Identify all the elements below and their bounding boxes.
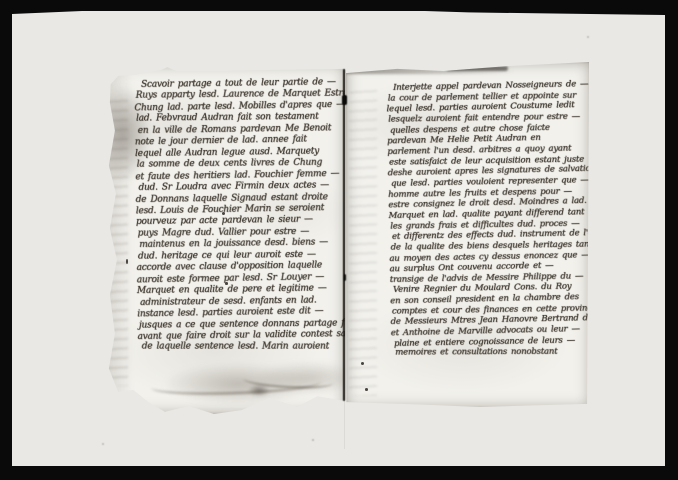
- handwriting-line: memoires et consultations nonobstant: [395, 347, 594, 359]
- handwritten-text-block: Scavoir partage a tout de leur partie de…: [134, 77, 346, 355]
- ink-bleedthrough: [349, 84, 377, 396]
- handwritten-text-block: Interjette appel pardevan Nosseigneurs d…: [386, 79, 590, 360]
- ink-speck: [126, 259, 128, 264]
- dark-stain-blob: [245, 383, 273, 398]
- dust-speck: [312, 439, 314, 441]
- manuscript-left-page: Scavoir partage a tout de leur partie de…: [93, 64, 345, 414]
- manuscript-right-page: Interjette appel pardevan Nosseigneurs d…: [346, 62, 590, 408]
- gutter-ink-blob: [342, 95, 347, 105]
- ink-speck: [361, 362, 364, 365]
- dust-speck: [587, 36, 589, 38]
- dust-speck: [102, 443, 104, 445]
- microfilm-frame: Scavoir partage a tout de leur partie de…: [0, 0, 678, 480]
- ink-speck: [365, 388, 368, 391]
- gutter-shadow-tail: [344, 401, 345, 449]
- handwriting-line: de laquelle sentence lesd. Marin auroien…: [142, 342, 350, 353]
- gutter-ink-blob: [343, 274, 347, 281]
